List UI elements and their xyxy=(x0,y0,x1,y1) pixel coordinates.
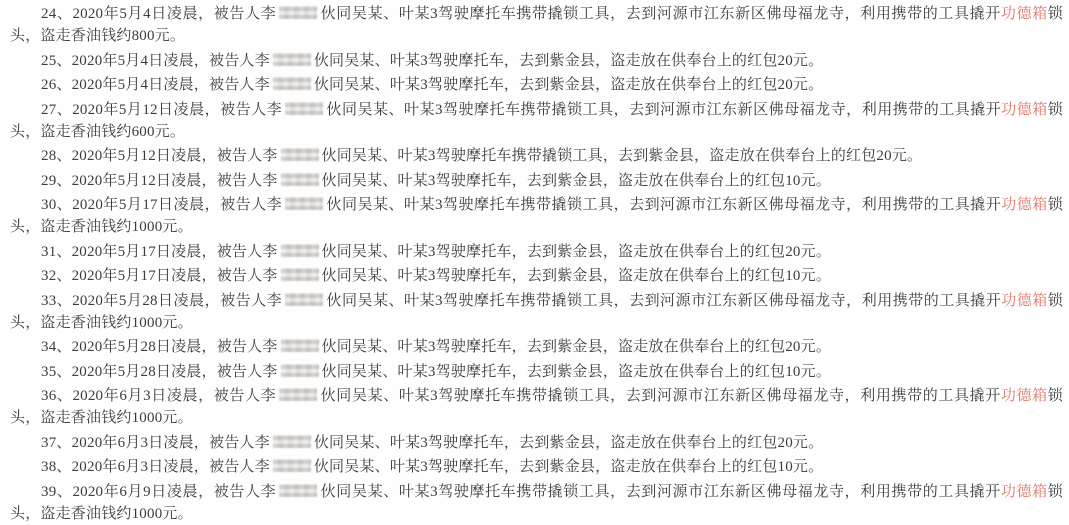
text-segment: 35、2020年5月28日凌晨，被告人李 xyxy=(41,364,278,380)
text-segment: 伙同吴某、叶某3驾驶摩托车，去到紫金县，盗走放在供奉台上的红包20元。 xyxy=(314,77,824,93)
text-segment: 伙同吴某、叶某3驾驶摩托车，去到紫金县，盗走放在供奉台上的红包10元。 xyxy=(322,268,832,284)
text-segment: 26、2020年5月4日凌晨，被告人李 xyxy=(41,77,270,93)
text-segment: 25、2020年5月4日凌晨，被告人李 xyxy=(41,53,270,69)
redacted-name-block xyxy=(273,459,311,472)
case-paragraph-28: 28、2020年5月12日凌晨，被告人李伙同吴某、叶某3驾驶摩托车携带撬锁工具，… xyxy=(10,145,1063,167)
text-segment: 34、2020年5月28日凌晨，被告人李 xyxy=(41,339,278,355)
text-segment: 伙同吴某、叶某3驾驶摩托车，去到紫金县，盗走放在供奉台上的红包10元。 xyxy=(322,173,832,189)
case-paragraph-31: 31、2020年5月17日凌晨，被告人李伙同吴某、叶某3驾驶摩托车，去到紫金县，… xyxy=(10,241,1063,263)
document-body: 24、2020年5月4日凌晨，被告人李伙同吴某、叶某3驾驶摩托车携带撬锁工具，去… xyxy=(10,3,1063,525)
text-segment: 伙同吴某、叶某3驾驶摩托车携带撬锁工具，去到河源市江东新区佛母福龙寺，利用携带的… xyxy=(320,388,1001,404)
redacted-name-block xyxy=(281,339,319,352)
case-paragraph-38: 38、2020年6月3日凌晨，被告人李伙同吴某、叶某3驾驶摩托车，去到紫金县，盗… xyxy=(10,456,1063,478)
case-paragraph-34: 34、2020年5月28日凌晨，被告人李伙同吴某、叶某3驾驶摩托车，去到紫金县，… xyxy=(10,336,1063,358)
redacted-name-block xyxy=(285,197,323,210)
text-segment: 伙同吴某、叶某3驾驶摩托车，去到紫金县，盗走放在供奉台上的红包10元。 xyxy=(314,459,824,475)
redacted-name-block xyxy=(281,268,319,281)
redacted-name-block xyxy=(285,102,323,115)
case-paragraph-26: 26、2020年5月4日凌晨，被告人李伙同吴某、叶某3驾驶摩托车，去到紫金县，盗… xyxy=(10,74,1063,96)
text-segment: 伙同吴某、叶某3驾驶摩托车，去到紫金县，盗走放在供奉台上的红包20元。 xyxy=(322,244,832,260)
highlighted-term: 功德箱 xyxy=(1001,484,1048,500)
case-paragraph-35: 35、2020年5月28日凌晨，被告人李伙同吴某、叶某3驾驶摩托车，去到紫金县，… xyxy=(10,361,1063,383)
text-segment: 伙同吴某、叶某3驾驶摩托车携带撬锁工具，去到河源市江东新区佛母福龙寺，利用携带的… xyxy=(320,6,1001,22)
text-segment: 28、2020年5月12日凌晨，被告人李 xyxy=(41,148,278,164)
text-segment: 伙同吴某、叶某3驾驶摩托车，去到紫金县，盗走放在供奉台上的红包20元。 xyxy=(314,53,824,69)
text-segment: 32、2020年5月17日凌晨，被告人李 xyxy=(41,268,278,284)
case-paragraph-29: 29、2020年5月12日凌晨，被告人李伙同吴某、叶某3驾驶摩托车，去到紫金县，… xyxy=(10,170,1063,192)
redacted-name-block xyxy=(281,148,319,161)
case-paragraph-36: 36、2020年6月3日凌晨，被告人李伙同吴某、叶某3驾驶摩托车携带撬锁工具，去… xyxy=(10,385,1063,429)
highlighted-term: 功德箱 xyxy=(1001,102,1048,118)
redacted-name-block xyxy=(279,484,317,497)
text-segment: 39、2020年6月9日凌晨，被告人李 xyxy=(41,484,276,500)
text-segment: 伙同吴某、叶某3驾驶摩托车携带撬锁工具，去到河源市江东新区佛母福龙寺，利用携带的… xyxy=(326,197,1001,213)
redacted-name-block xyxy=(285,293,323,306)
case-paragraph-37: 37、2020年6月3日凌晨，被告人李伙同吴某、叶某3驾驶摩托车，去到紫金县，盗… xyxy=(10,432,1063,454)
text-segment: 38、2020年6月3日凌晨，被告人李 xyxy=(41,459,270,475)
case-paragraph-30: 30、2020年5月17日凌晨，被告人李伙同吴某、叶某3驾驶摩托车携带撬锁工具，… xyxy=(10,194,1063,238)
text-segment: 29、2020年5月12日凌晨，被告人李 xyxy=(41,173,278,189)
text-segment: 伙同吴某、叶某3驾驶摩托车，去到紫金县，盗走放在供奉台上的红包10元。 xyxy=(322,364,832,380)
text-segment: 伙同吴某、叶某3驾驶摩托车携带撬锁工具，去到河源市江东新区佛母福龙寺，利用携带的… xyxy=(320,484,1001,500)
text-segment: 37、2020年6月3日凌晨，被告人李 xyxy=(41,435,270,451)
highlighted-term: 功德箱 xyxy=(1001,293,1048,309)
highlighted-term: 功德箱 xyxy=(1001,388,1048,404)
redacted-name-block xyxy=(281,244,319,257)
redacted-name-block xyxy=(279,388,317,401)
case-paragraph-24: 24、2020年5月4日凌晨，被告人李伙同吴某、叶某3驾驶摩托车携带撬锁工具，去… xyxy=(10,3,1063,47)
text-segment: 伙同吴某、叶某3驾驶摩托车，去到紫金县，盗走放在供奉台上的红包20元。 xyxy=(322,339,832,355)
case-paragraph-27: 27、2020年5月12日凌晨，被告人李伙同吴某、叶某3驾驶摩托车携带撬锁工具，… xyxy=(10,99,1063,143)
case-paragraph-25: 25、2020年5月4日凌晨，被告人李伙同吴某、叶某3驾驶摩托车，去到紫金县，盗… xyxy=(10,50,1063,72)
text-segment: 伙同吴某、叶某3驾驶摩托车携带撬锁工具，去到河源市江东新区佛母福龙寺，利用携带的… xyxy=(326,102,1001,118)
text-segment: 伙同吴某、叶某3驾驶摩托车，去到紫金县，盗走放在供奉台上的红包20元。 xyxy=(314,435,824,451)
case-paragraph-33: 33、2020年5月28日凌晨，被告人李伙同吴某、叶某3驾驶摩托车携带撬锁工具，… xyxy=(10,290,1063,334)
redacted-name-block xyxy=(273,435,311,448)
legal-document-page: 24、2020年5月4日凌晨，被告人李伙同吴某、叶某3驾驶摩托车携带撬锁工具，去… xyxy=(0,0,1069,525)
highlighted-term: 功德箱 xyxy=(1001,6,1048,22)
text-segment: 伙同吴某、叶某3驾驶摩托车携带撬锁工具，去到紫金县，盗走放在供奉台上的红包20元… xyxy=(322,148,923,164)
redacted-name-block xyxy=(281,364,319,377)
text-segment: 33、2020年5月28日凌晨，被告人李 xyxy=(41,293,282,309)
text-segment: 27、2020年5月12日凌晨，被告人李 xyxy=(41,102,282,118)
text-segment: 36、2020年6月3日凌晨，被告人李 xyxy=(41,388,276,404)
text-segment: 伙同吴某、叶某3驾驶摩托车携带撬锁工具，去到河源市江东新区佛母福龙寺，利用携带的… xyxy=(326,293,1001,309)
case-paragraph-39: 39、2020年6月9日凌晨，被告人李伙同吴某、叶某3驾驶摩托车携带撬锁工具，去… xyxy=(10,481,1063,525)
text-segment: 24、2020年5月4日凌晨，被告人李 xyxy=(41,6,276,22)
redacted-name-block xyxy=(281,173,319,186)
redacted-name-block xyxy=(279,6,317,19)
redacted-name-block xyxy=(273,77,311,90)
text-segment: 30、2020年5月17日凌晨，被告人李 xyxy=(41,197,282,213)
case-paragraph-32: 32、2020年5月17日凌晨，被告人李伙同吴某、叶某3驾驶摩托车，去到紫金县，… xyxy=(10,265,1063,287)
redacted-name-block xyxy=(273,53,311,66)
text-segment: 31、2020年5月17日凌晨，被告人李 xyxy=(41,244,278,260)
highlighted-term: 功德箱 xyxy=(1001,197,1048,213)
